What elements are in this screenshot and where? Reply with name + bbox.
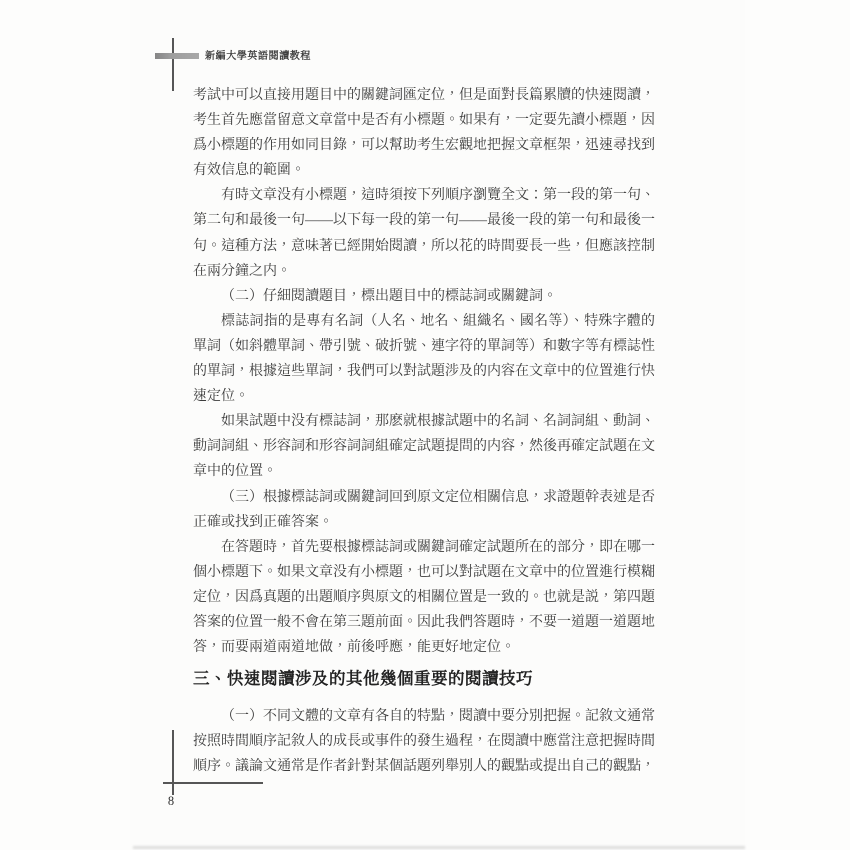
paragraph-list-item-1: （一）不同文體的文章有各自的特點，閱讀中要分別把握。記敘文通常按照時間順序記敘人… [193,704,655,779]
section-heading: 三、快速閱讀涉及的其他幾個重要的閱讀技巧 [193,669,655,690]
paragraph: 在答題時，首先要根據標誌詞或關鍵詞確定試題所在的部分，即在哪一個小標題下。如果文… [193,535,655,660]
header-ornament-bar [155,53,199,59]
paragraph-list-item-3: （三）根據標誌詞或關鍵詞回到原文定位相關信息，求證題幹表述是否正確或找到正確答案… [193,485,655,535]
paragraph: 有時文章没有小標題，這時須按下列順序瀏覽全文：第一段的第一句、第二句和最後一句—… [193,183,655,283]
page-number: 8 [163,794,179,809]
paragraph: 標誌詞指的是專有名詞（人名、地名、組織名、國名等）、特殊字體的單詞（如斜體單詞、… [193,309,655,409]
paragraph-continuation: 考試中可以直接用題目中的關鍵詞匯定位，但是面對長篇累牘的快速閱讀，考生首先應當留… [193,83,655,183]
scan-bottom-edge [133,846,745,849]
top-vertical-rule [172,38,174,91]
paragraph: 如果試題中没有標誌詞，那麽就根據試題中的名詞、名詞詞組、動詞、動詞詞組、形容詞和… [193,409,655,484]
running-head-book-title: 新編大學英語閱讀教程 [205,47,311,62]
paragraph-list-item-2: （二）仔細閱讀題目，標出題目中的標誌詞或關鍵詞。 [193,284,655,309]
body-text-column: 考試中可以直接用題目中的關鍵詞匯定位，但是面對長篇累牘的快速閱讀，考生首先應當留… [193,83,655,779]
bottom-vertical-rule [172,730,174,795]
bottom-horizontal-rule [163,782,263,784]
